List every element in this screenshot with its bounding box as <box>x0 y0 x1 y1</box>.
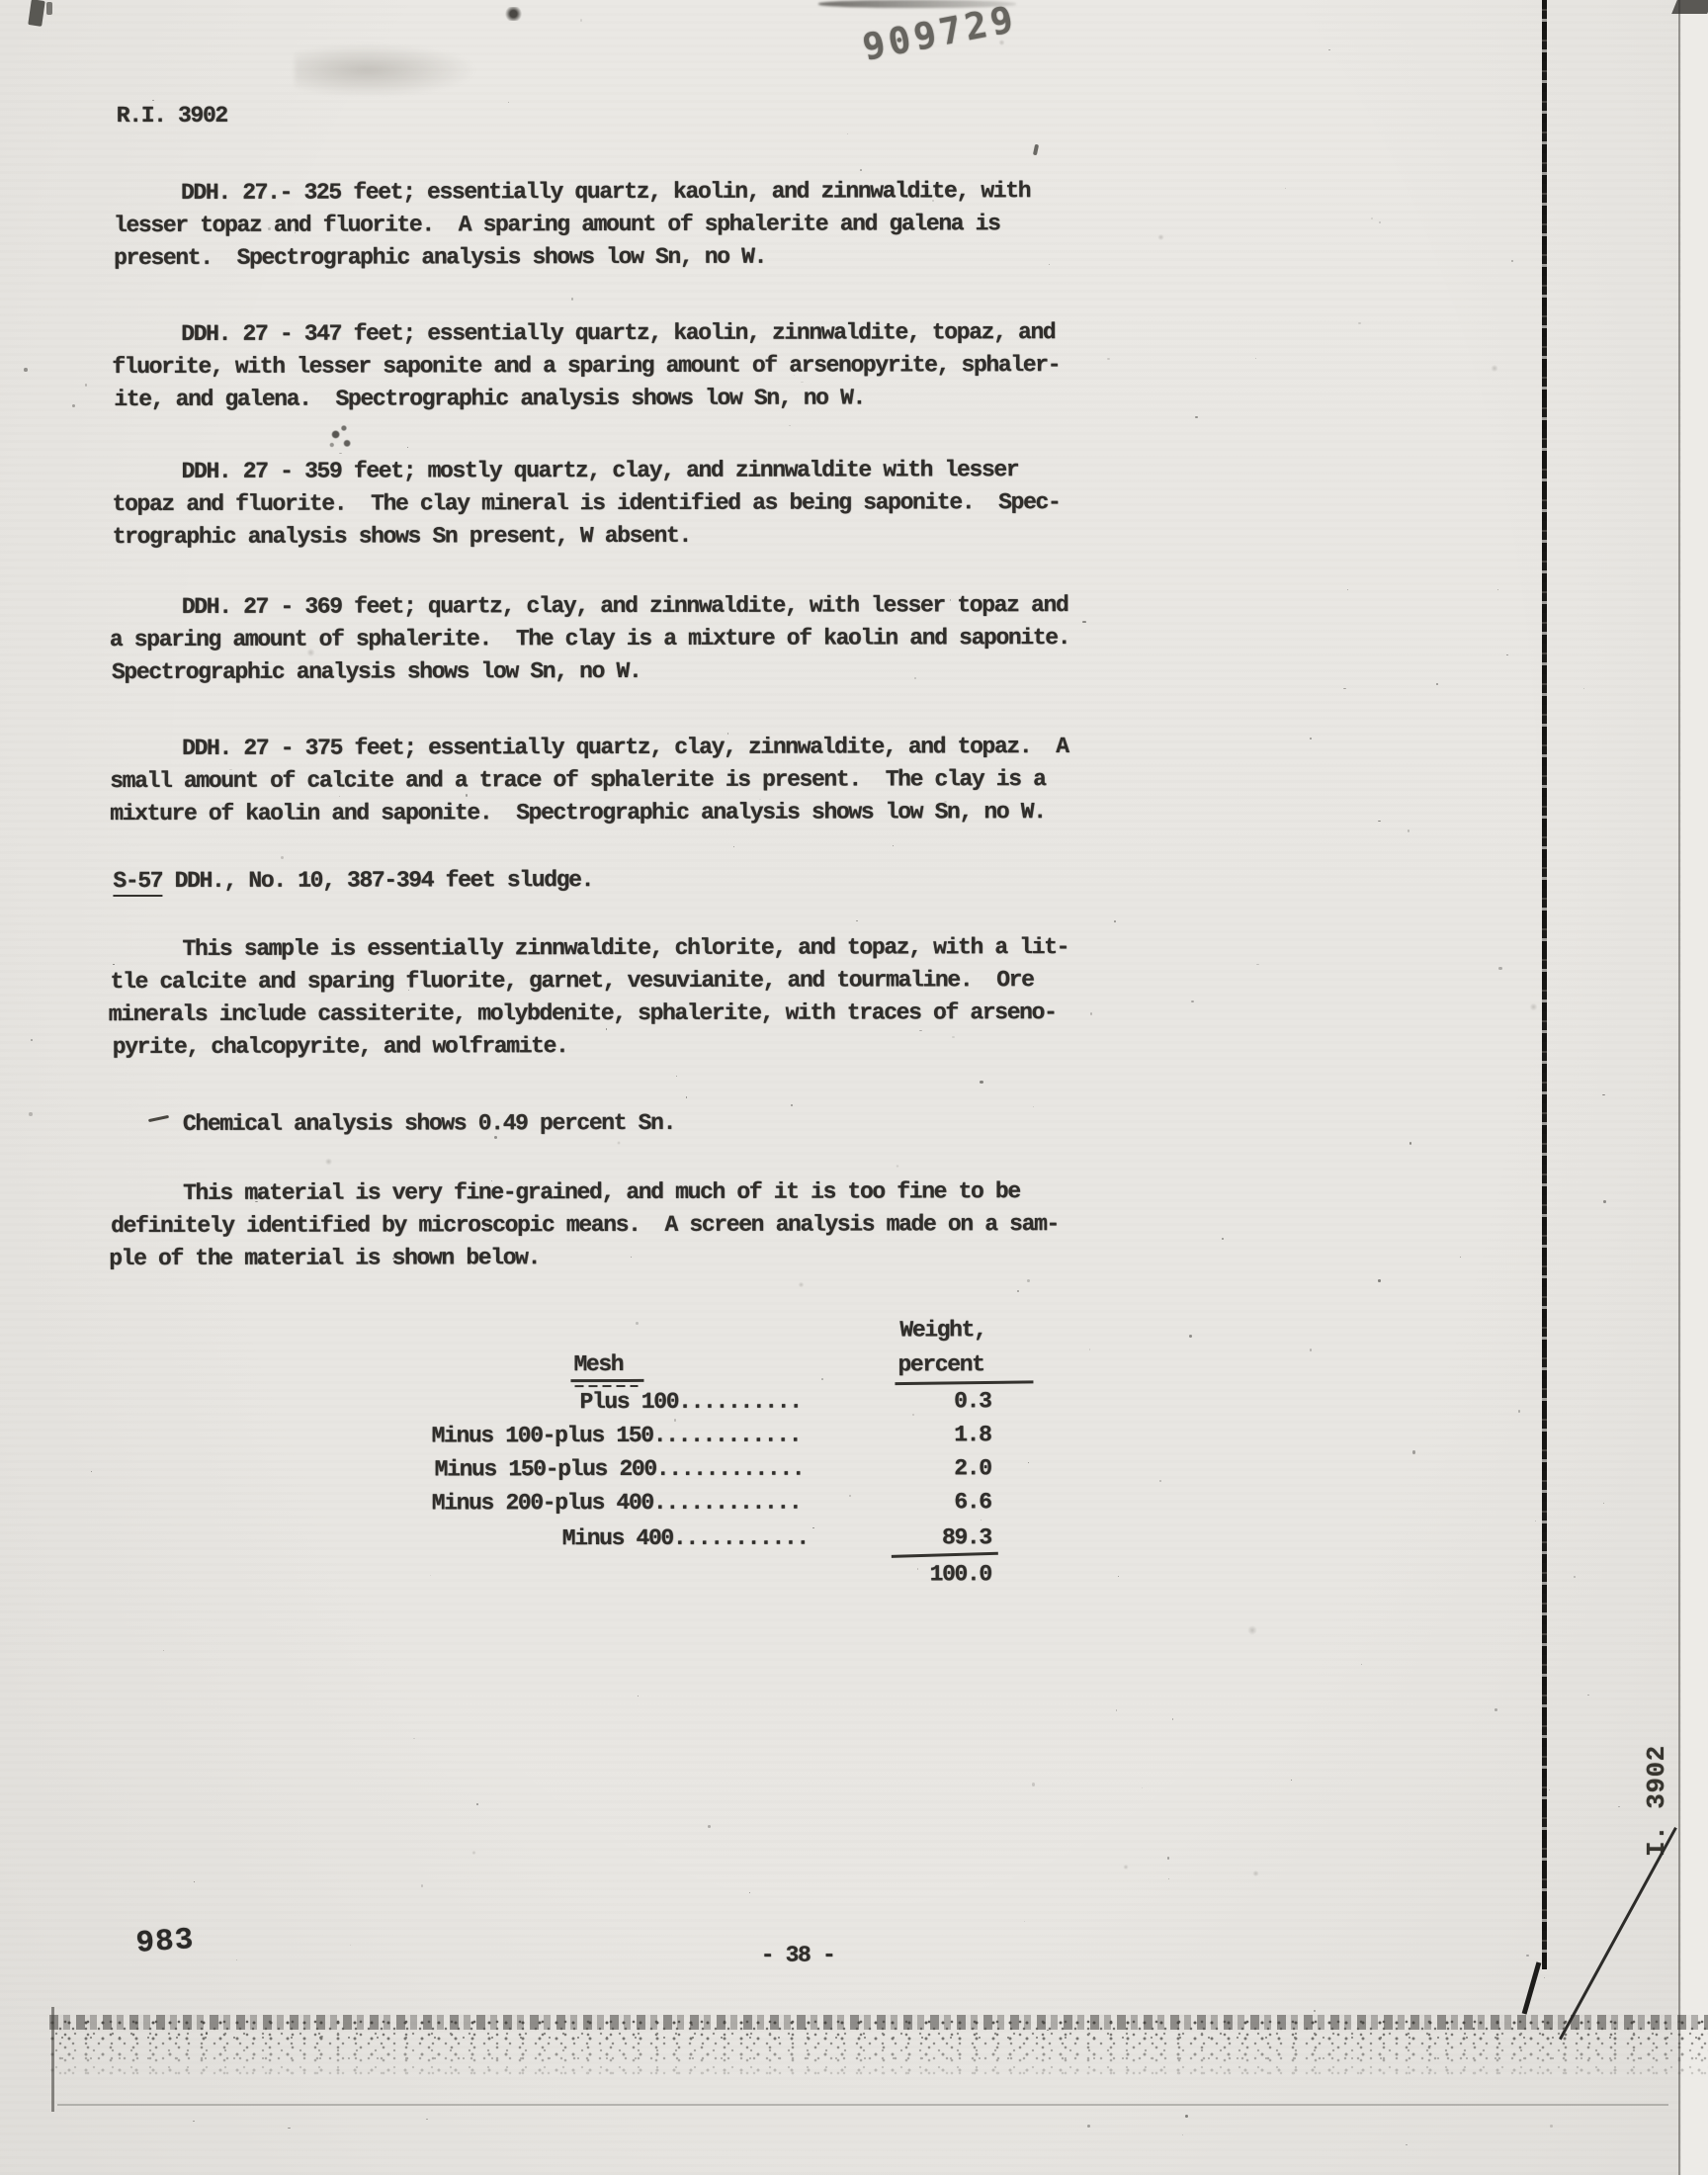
paragraph-line: a sparing amount of sphalerite. The clay… <box>110 625 1069 653</box>
sample-heading: S-57 DDH., No. 10, 387-394 feet sludge. <box>113 867 593 895</box>
mesh-header-underline-2 <box>574 1385 638 1387</box>
corner-mark-top-left-2 <box>46 2 52 15</box>
mesh-header-underline <box>570 1379 643 1382</box>
table-row-mesh: Minus 150-plus 200............ <box>435 1456 805 1484</box>
film-edge-line <box>1678 0 1680 2175</box>
sample-heading-text: DDH., No. 10, 387-394 feet sludge. <box>162 867 593 894</box>
table-row-mesh: Minus 100-plus 150............ <box>432 1423 802 1450</box>
paragraph-line: tle calcite and sparing fluorite, garnet… <box>111 967 1034 996</box>
margin-report-label: I. 3902 <box>1642 1698 1671 1857</box>
paragraph-line: trographic analysis shows Sn present, W … <box>113 523 691 551</box>
corner-mark-top-right <box>1671 0 1708 14</box>
binding-edge-line <box>1542 0 1547 1969</box>
table-row-weight: 6.6 <box>898 1489 991 1516</box>
paragraph-line: This material is very fine-grained, and … <box>183 1178 1020 1207</box>
bottom-faint-line <box>57 2104 1668 2106</box>
table-row-weight: 2.0 <box>898 1455 991 1482</box>
table-row-weight: 89.3 <box>898 1524 991 1551</box>
paragraph-line: Spectrographic analysis shows low Sn, no… <box>112 658 641 686</box>
paragraph-line: mixture of kaolin and saponite. Spectrog… <box>110 799 1045 827</box>
table-row-weight: 1.8 <box>898 1422 991 1448</box>
table-sum-rule <box>892 1552 998 1558</box>
film-edge-strip <box>1681 0 1708 2175</box>
paragraph-line: ple of the material is shown below. <box>109 1245 540 1272</box>
report-id: R.I. 3902 <box>117 103 227 130</box>
percent-header-underline <box>895 1380 1033 1385</box>
paragraph-line: small amount of calcite and a trace of s… <box>110 766 1045 795</box>
paragraph-line: DDH. 27 - 375 feet; essentially quartz, … <box>182 734 1068 762</box>
chemical-analysis-line: Chemical analysis shows 0.49 percent Sn. <box>183 1110 675 1138</box>
table-row-mesh: Minus 400........... <box>562 1525 809 1553</box>
page-number: - 38 - <box>761 1943 835 1969</box>
paragraph-line: lesser topaz and fluorite. A sparing amo… <box>114 211 1000 239</box>
table-weight-header-line2: percent <box>897 1351 983 1378</box>
table-row-mesh: Plus 100.......... <box>579 1389 801 1416</box>
paragraph-line: This sample is essentially zinnwaldite, … <box>183 934 1069 963</box>
table-row-mesh: Minus 200-plus 400............ <box>432 1490 802 1518</box>
typed-content: R.I. 3902 DDH. 27.- 325 feet; essentiall… <box>0 0 1708 2175</box>
table-total-weight: 100.0 <box>898 1561 991 1588</box>
paragraph-line: DDH. 27 - 359 feet; mostly quartz, clay,… <box>182 457 1019 485</box>
footer-left-number: 983 <box>135 1924 196 1961</box>
table-weight-header-line1: Weight, <box>899 1317 985 1344</box>
paragraph-line: DDH. 27.- 325 feet; essentially quartz, … <box>181 178 1030 207</box>
top-edge-smear <box>818 0 1016 8</box>
paragraph-line: DDH. 27 - 347 feet; essentially quartz, … <box>181 319 1055 348</box>
paragraph-line: topaz and fluorite. The clay mineral is … <box>113 489 1061 518</box>
sample-id: S-57 <box>113 868 162 897</box>
paragraph-line: ite, and galena. Spectrographic analysis… <box>114 385 865 413</box>
paragraph-line: DDH. 27 - 369 feet; quartz, clay, and zi… <box>182 592 1068 621</box>
table-row-weight: 0.3 <box>897 1388 990 1415</box>
bottom-speckle-band <box>49 2019 1708 2076</box>
ink-blob <box>326 421 358 453</box>
bottom-left-edge-line <box>51 2007 54 2112</box>
ink-mark-top <box>504 7 523 21</box>
paragraph-line: present. Spectrographic analysis shows l… <box>114 244 766 272</box>
scanned-report-page: R.I. 3902 DDH. 27.- 325 feet; essentiall… <box>0 0 1708 2175</box>
table-mesh-header: Mesh <box>573 1351 623 1378</box>
paragraph-line: minerals include cassiterite, molybdenit… <box>109 1000 1057 1028</box>
paragraph-line: pyrite, chalcopyrite, and wolframite. <box>113 1033 568 1061</box>
paragraph-line: fluorite, with lesser saponite and a spa… <box>112 352 1060 381</box>
paragraph-line: definitely identified by microscopic mea… <box>111 1211 1059 1240</box>
ghost-print-smudge <box>295 43 477 97</box>
